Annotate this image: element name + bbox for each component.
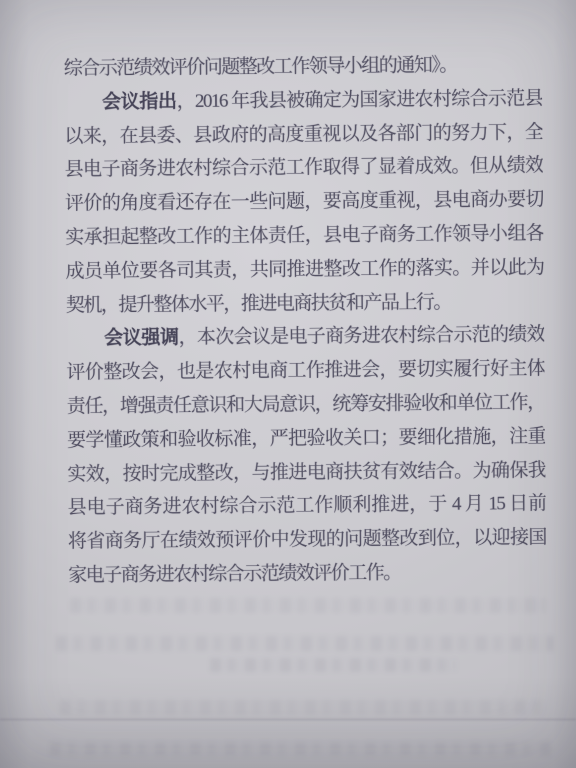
- text-line: 县电子商务进农村综合示范工作顺利推进，于 4 月 15 日前: [67, 487, 545, 525]
- text-line: 以来，在县委、县政府的高度重视以及各部门的努力下，全: [64, 116, 542, 154]
- bleed-through-text-marks: [60, 700, 546, 715]
- text-line: 将省商务厅在绩效预评价中发现的问题整改到位，以迎接国: [68, 521, 546, 559]
- text-line: 实承担起整改工作的主体责任，县电子商务工作领导小组各: [65, 217, 543, 255]
- text-line: 评价整改会，也是农村电商工作推进会，要切实履行好主体: [66, 352, 544, 390]
- line-text: 以来，在县委、县政府的高度重视以及各部门的努力下，全: [64, 122, 542, 147]
- line-text: 评价整改会，也是农村电商工作推进会，要切实履行好主体: [66, 358, 544, 383]
- emphasis-run: 会议指出: [102, 91, 177, 113]
- document-text-block: 综合示范绩效评价问题整改工作领导小组的通知》。 会议指出，2016 年我县被确定…: [64, 48, 547, 593]
- photographed-document-page: 综合示范绩效评价问题整改工作领导小组的通知》。 会议指出，2016 年我县被确定…: [0, 0, 576, 768]
- text-line: 会议指出，2016 年我县被确定为国家进农村综合示范县: [64, 82, 542, 120]
- text-line: 综合示范绩效评价问题整改工作领导小组的通知》。: [64, 48, 542, 86]
- line-text: 契机，提升整体水平，推进电商扶贫和产品上行。: [66, 291, 451, 315]
- text-line: 评价的角度看还存在一些问题，要高度重视，县电商办要切: [65, 183, 543, 221]
- text-line: 契机，提升整体水平，推进电商扶贫和产品上行。: [66, 284, 544, 322]
- emphasis-run: 会议强调: [104, 327, 179, 349]
- text-line: 实效，按时完成整改，与推进电商扶贫有效结合。为确保我: [67, 453, 545, 491]
- line-text: 责任，增强责任意识和大局意识，统筹安排验收和单位工作，: [67, 392, 545, 417]
- bleed-through-text-marks: [50, 742, 552, 756]
- bleed-through-text-marks: [56, 636, 554, 651]
- line-text: 将省商务厅在绩效预评价中发现的问题整改到位，以迎接国: [68, 527, 546, 552]
- line-text: 综合示范绩效评价问题整改工作领导小组的通知》。: [64, 55, 457, 79]
- line-text: ，2016 年我县被确定为国家进农村综合示范县: [177, 88, 543, 112]
- line-text: ，本次会议是电子商务进农村综合示范的绩效: [179, 324, 545, 348]
- paper-crease-shadow: [0, 718, 576, 721]
- line-text: 成员单位要各司其责，共同推进整改工作的落实。并以此为: [65, 257, 543, 282]
- text-line: 会议强调，本次会议是电子商务进农村综合示范的绩效: [66, 318, 544, 356]
- bleed-through-text-marks: [210, 658, 456, 672]
- text-line: 家电子商务进农村综合示范绩效评价工作。: [68, 555, 546, 593]
- line-text: 要学懂政策和验收标准，严把验收关口；要细化措施，注重: [67, 426, 545, 451]
- line-text: 实承担起整改工作的主体责任，县电子商务工作领导小组各: [65, 223, 543, 248]
- text-line: 要学懂政策和验收标准，严把验收关口；要细化措施，注重: [67, 420, 545, 458]
- line-text: 家电子商务进农村综合示范绩效评价工作。: [68, 562, 401, 586]
- text-line: 县电子商务进农村综合示范工作取得了显着成效。但从绩效: [65, 149, 543, 187]
- bleed-through-text-marks: [70, 598, 546, 613]
- text-line: 成员单位要各司其责，共同推进整改工作的落实。并以此为: [65, 251, 543, 289]
- line-text: 县电子商务进农村综合示范工作取得了显着成效。但从绩效: [65, 155, 543, 180]
- line-text: 实效，按时完成整改，与推进电商扶贫有效结合。为确保我: [67, 459, 545, 484]
- line-text: 评价的角度看还存在一些问题，要高度重视，县电商办要切: [65, 189, 543, 214]
- line-text: 县电子商务进农村综合示范工作顺利推进，于 4 月 15 日前: [68, 493, 546, 518]
- text-line: 责任，增强责任意识和大局意识，统筹安排验收和单位工作，: [67, 386, 545, 424]
